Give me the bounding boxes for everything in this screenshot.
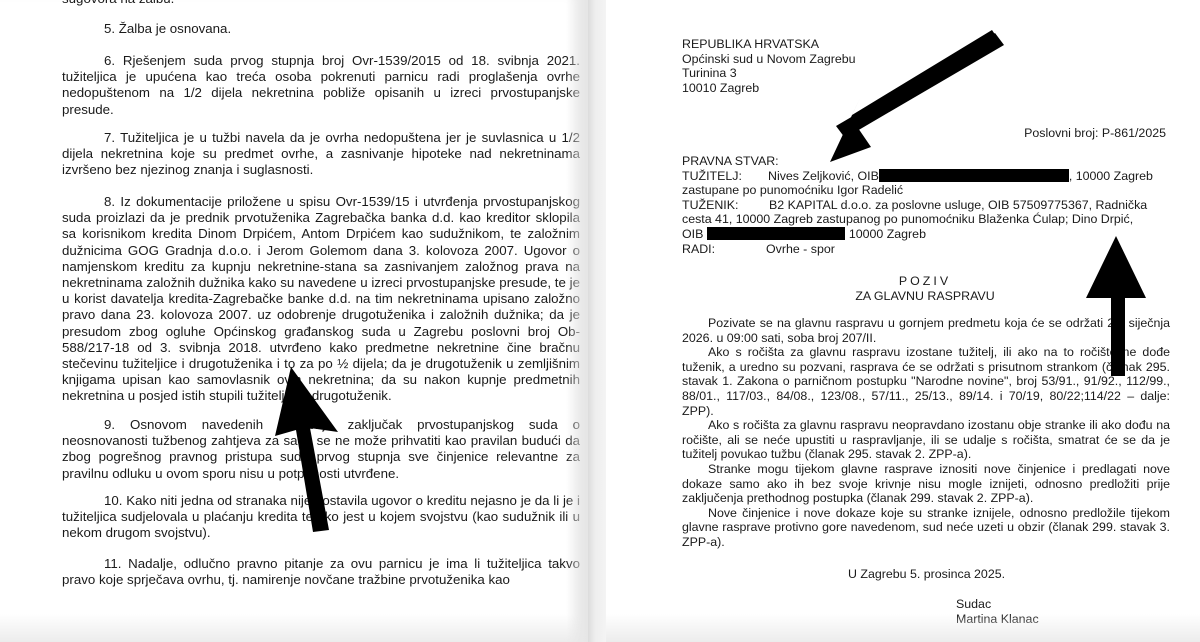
left-document-page: sugovora na žalbu. 5. Žalba je osnovana.… bbox=[0, 0, 588, 642]
defendant-line: B2 KAPITAL d.o.o. za poslovne usluge, OI… bbox=[769, 198, 1147, 212]
oib-label: OIB bbox=[682, 227, 703, 241]
signature-block: Sudac Martina Klanac bbox=[956, 597, 1039, 626]
summons-title: POZIV ZA GLAVNU RASPRAVU bbox=[682, 274, 1168, 303]
defendant-label: TUŽENIK: bbox=[682, 198, 769, 213]
paragraph-text: 11. Nadalje, odlučno pravno pitanje za o… bbox=[62, 556, 580, 588]
plaintiff-name: Nives Zeljković, OIB bbox=[768, 169, 879, 183]
cut-off-line: sugovora na žalbu. bbox=[62, 0, 580, 7]
redaction-bar bbox=[879, 169, 1069, 182]
paragraph-11: 11. Nadalje, odlučno pravno pitanje za o… bbox=[62, 556, 580, 588]
defendant-oib-row: OIB 10000 Zagreb bbox=[682, 227, 1168, 242]
subject-row: RADI:Ovrhe - spor bbox=[682, 242, 1168, 257]
paragraph-9: 9. Osnovom navedenih utvrđenja zaključak… bbox=[62, 417, 580, 482]
body-paragraph: Ako s ročišta za glavnu raspravu izostan… bbox=[682, 345, 1170, 418]
header-line: Općinski sud u Novom Zagrebu bbox=[682, 52, 856, 67]
paragraph-text: 5. Žalba je osnovana. bbox=[62, 21, 580, 37]
defendant-line: cesta 41, 10000 Zagreb zastupanog po pun… bbox=[682, 212, 1168, 227]
subject-label: RADI: bbox=[682, 242, 766, 257]
date-line: U Zagrebu 5. prosinca 2025. bbox=[848, 567, 1005, 582]
plaintiff-label: TUŽITELJ: bbox=[682, 169, 768, 184]
body-paragraph: Pozivate se na glavnu raspravu u gornjem… bbox=[682, 316, 1170, 345]
header-line: 10010 Zagreb bbox=[682, 81, 856, 96]
page-gutter bbox=[588, 0, 606, 642]
paragraph-fragment: sugovora na žalbu. bbox=[62, 0, 580, 7]
subject-value: Ovrhe - spor bbox=[766, 242, 835, 256]
page-bottom-shadow bbox=[0, 614, 588, 642]
title-line: POZIV bbox=[682, 274, 1168, 289]
paragraph-text: 8. Iz dokumentacije priložene u spisu Ov… bbox=[62, 194, 580, 405]
paragraph-text: 7. Tužiteljica je u tužbi navela da je o… bbox=[62, 130, 580, 179]
legal-matter-label: PRAVNA STVAR: bbox=[682, 154, 1168, 169]
plaintiff-representative: zastupane po punomoćniku Igor Radelić bbox=[682, 183, 1168, 198]
body-paragraph: Ako s ročišta za glavnu raspravu neoprav… bbox=[682, 418, 1170, 462]
signature-title: Sudac bbox=[956, 597, 1039, 612]
title-line: ZA GLAVNU RASPRAVU bbox=[682, 289, 1168, 304]
defendant-address: 10000 Zagreb bbox=[849, 227, 926, 241]
signature-name: Martina Klanac bbox=[956, 612, 1039, 627]
body-paragraph: Stranke mogu tijekom glavne rasprave izn… bbox=[682, 462, 1170, 506]
redaction-bar bbox=[707, 227, 845, 240]
parties-block: PRAVNA STVAR: TUŽITELJ:Nives Zeljković, … bbox=[682, 154, 1168, 256]
header-line: Turinina 3 bbox=[682, 66, 856, 81]
case-number: Poslovni broj: P-861/2025 bbox=[1024, 126, 1166, 141]
header-line: REPUBLIKA HRVATSKA bbox=[682, 37, 856, 52]
paragraph-6: 6. Rješenjem suda prvog stupnja broj Ovr… bbox=[62, 53, 580, 118]
paragraph-7: 7. Tužiteljica je u tužbi navela da je o… bbox=[62, 130, 580, 179]
page-bottom-shadow bbox=[606, 614, 1200, 642]
paragraph-text: 10. Kako niti jedna od stranaka nije dos… bbox=[62, 493, 580, 542]
paragraph-text: 6. Rješenjem suda prvog stupnja broj Ovr… bbox=[62, 53, 580, 118]
plaintiff-address: , 10000 Zagreb bbox=[1069, 169, 1153, 183]
paragraph-text: 9. Osnovom navedenih utvrđenja zaključak… bbox=[62, 417, 580, 482]
court-header: REPUBLIKA HRVATSKA Općinski sud u Novom … bbox=[682, 37, 856, 95]
plaintiff-row: TUŽITELJ:Nives Zeljković, OIB, 10000 Zag… bbox=[682, 169, 1168, 184]
paragraph-10: 10. Kako niti jedna od stranaka nije dos… bbox=[62, 493, 580, 542]
paragraph-5: 5. Žalba je osnovana. bbox=[62, 21, 580, 37]
body-paragraph: Nove činjenice i nove dokaze koje su str… bbox=[682, 506, 1170, 550]
right-document-page: REPUBLIKA HRVATSKA Općinski sud u Novom … bbox=[606, 0, 1200, 642]
paragraph-8: 8. Iz dokumentacije priložene u spisu Ov… bbox=[62, 194, 580, 405]
summons-body: Pozivate se na glavnu raspravu u gornjem… bbox=[682, 316, 1170, 550]
defendant-row: TUŽENIK:B2 KAPITAL d.o.o. za poslovne us… bbox=[682, 198, 1168, 213]
